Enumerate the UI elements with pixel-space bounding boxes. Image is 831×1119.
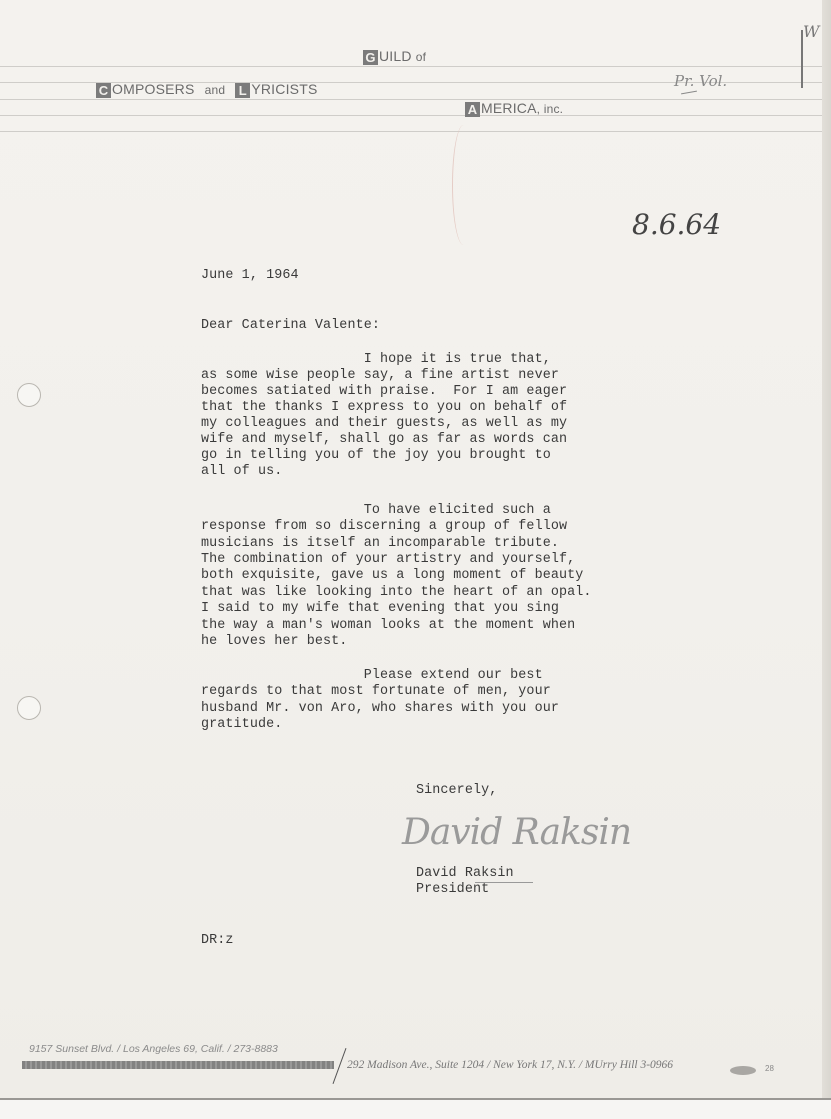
handwritten-signature: David Raksin xyxy=(402,812,631,853)
handwritten-received-date: 8.6.64 xyxy=(632,208,721,241)
footer-struck-address xyxy=(22,1061,334,1069)
letter-date: June 1, 1964 xyxy=(201,268,299,285)
letterhead-rule xyxy=(0,131,822,132)
footer-divider xyxy=(333,1048,347,1084)
letterhead-rule xyxy=(0,66,822,67)
letterhead-rule xyxy=(0,99,822,100)
letterhead-guild: GUILD of xyxy=(363,48,426,65)
underlying-sheet xyxy=(0,1098,831,1119)
union-label-number: 28 xyxy=(765,1064,774,1073)
footer-new-address: 292 Madison Ave., Suite 1204 / New York … xyxy=(347,1059,673,1071)
closing: Sincerely, xyxy=(416,783,497,800)
punch-hole xyxy=(17,383,41,407)
letter-page: GUILD of COMPOSERS and LYRICISTS AMERICA… xyxy=(0,0,822,1098)
letterhead-rule xyxy=(0,115,822,116)
union-label-icon xyxy=(730,1066,756,1075)
pencil-mark xyxy=(452,125,475,245)
signer-name: David Raksin xyxy=(416,866,514,883)
letterhead-america: AMERICA, inc. xyxy=(465,100,563,117)
punch-hole xyxy=(17,696,41,720)
paper-edge xyxy=(822,0,831,1119)
signer-title: President xyxy=(416,882,489,899)
handwritten-initials: Pr. Vol. xyxy=(674,72,727,90)
handwritten-mark: W xyxy=(803,22,819,41)
footer-old-address: 9157 Sunset Blvd. / Los Angeles 69, Cali… xyxy=(29,1043,278,1055)
letterhead-composers-lyricists: COMPOSERS and LYRICISTS xyxy=(96,81,318,98)
reference-initials: DR:z xyxy=(201,933,234,950)
handwritten-underline xyxy=(681,91,697,95)
salutation: Dear Caterina Valente: xyxy=(201,318,380,335)
